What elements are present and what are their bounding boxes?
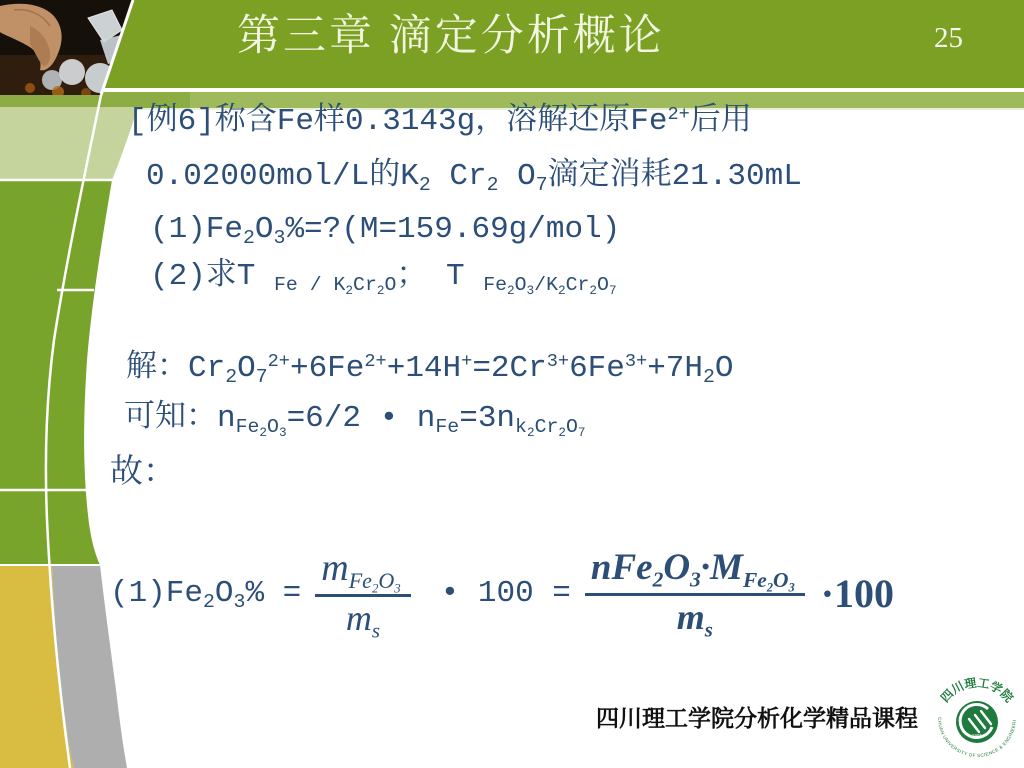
solution-relation-line: 可知：nFe2O3=6/2 • nFe=3nk2Cr2O7 xyxy=(124,400,586,439)
problem-line-2: 0.02000mol/L的K2 Cr2 O7滴定消耗21.30mL xyxy=(146,158,802,197)
formula-fraction-2: nFe2O3·MFe2O3 ms xyxy=(585,548,805,637)
problem-line-4: (2)求T Fe / K2Cr2O； T Fe2O3/K2Cr2O7 xyxy=(150,258,617,297)
formula-fraction-1: mFe2O3 ms xyxy=(315,548,410,638)
formula-mid: • 100 = xyxy=(441,576,571,611)
formula-lhs: (1)Fe2O3% = xyxy=(110,576,301,611)
page-number: 25 xyxy=(934,22,963,55)
sidebar-olive-region xyxy=(0,180,112,565)
footer-course-title: 四川理工学院分析化学精品课程 xyxy=(596,700,918,733)
logo-year: -1965- xyxy=(970,733,984,738)
final-formula: (1)Fe2O3% = mFe2O3 ms • 100 = nFe2O3·MFe… xyxy=(110,518,894,668)
university-logo: 四川理工学院 SICHUAN UNIVERSITY OF SCIENCE & E… xyxy=(930,674,1024,768)
slide-canvas: 第三章 滴定分析概论 25 xyxy=(0,0,1024,768)
solution-therefore-label: 故： xyxy=(110,453,176,494)
solution-equation-line: 解：Cr2O72++6Fe2++14H+=2Cr3+6Fe3++7H2O xyxy=(126,350,734,389)
photo-hand-ice xyxy=(0,0,140,98)
problem-line-1: [例6]称含Fe样0.3143g，溶解还原Fe2+后用 xyxy=(128,103,752,142)
sidebar-pale-wedge xyxy=(0,107,138,180)
problem-line-3: (1)Fe2O3%=?(M=159.69g/mol) xyxy=(150,211,620,250)
formula-frac1-numerator: mFe2O3 xyxy=(315,548,410,597)
formula-frac1-denominator: ms xyxy=(346,597,380,639)
formula-frac2-numerator: nFe2O3·MFe2O3 xyxy=(585,548,805,596)
slide-title: 第三章 滴定分析概论 xyxy=(237,2,665,63)
formula-tail: ·100 xyxy=(821,570,894,617)
formula-frac2-denominator: ms xyxy=(677,596,713,638)
